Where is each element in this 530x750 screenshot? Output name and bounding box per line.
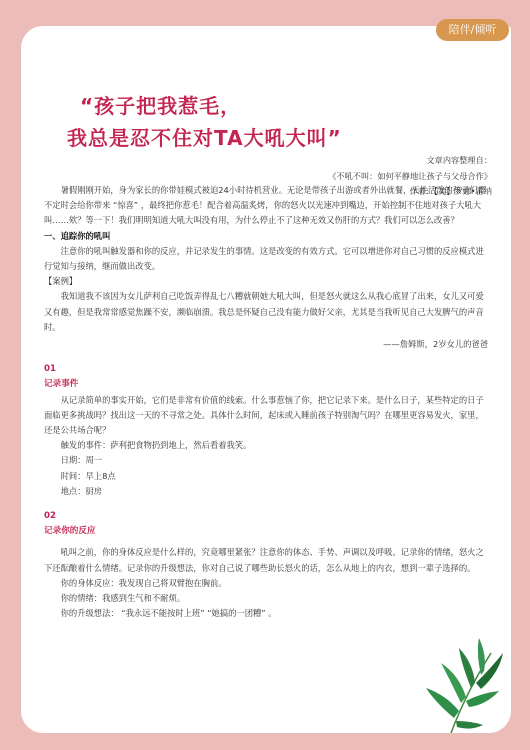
source-book: 《不吼不叫：如何平静地让孩子与父母合作》 [328,169,492,185]
part-number-01: 01 [44,362,488,377]
part-paragraph-02: 吼叫之前，你的身体反应是什么样的，究竟哪里紧张？注意你的体态、手势、声调以及呼吸… [44,545,488,575]
case-label: 【案例】 [44,274,488,289]
part-heading-02: 记录你的反应 [44,524,488,539]
list-item: 你的身体反应：我发现自己将双臂抱在胸前。 [44,576,488,591]
list-item: 时间：早上8点 [44,469,488,484]
list-item: 日期：周一 [44,453,488,468]
list-item: 触发的事件：萨利把食物扔到地上，然后看着我笑。 [44,438,488,453]
title-line-1: “孩子把我惹毛， [67,90,342,122]
part-paragraph-01: 从记录简单的事实开始，它们是非常有价值的线索。什么事惹恼了你，把它记录下来。是什… [44,393,488,439]
case-paragraph: 我知道我不该因为女儿萨利自己吃饭弄得乱七八糟就朝她大吼大叫，但是怒火就这么从我心… [44,289,488,335]
intro-paragraph: 暑假刚刚开始，身为家长的你带娃模式被迫24小时待机营业。无论是带孩子出游或者外出… [44,183,488,229]
case-attribution: ——詹姆斯，2岁女儿的爸爸 [44,337,488,352]
article-title: “孩子把我惹毛， 我总是忍不住对TA大吼大叫” [67,90,342,154]
article-card: “孩子把我惹毛， 我总是忍不住对TA大吼大叫” 文章内容整理自： 《不吼不叫：如… [21,26,511,733]
section-heading: 一、追踪你的吼叫 [44,229,488,244]
part-heading-01: 记录事件 [44,377,488,392]
title-line-2: 我总是忍不住对TA大吼大叫” [67,122,342,154]
leaf-decoration-icon [421,613,511,733]
list-item: 你的情绪：我感到生气和不耐烦。 [44,591,488,606]
source-label: 文章内容整理自： [328,153,492,169]
category-tag: 陪伴/倾听 [436,19,509,41]
section-paragraph: 注意你的吼叫触发器和你的反应，并记录发生的事情。这是改变的有效方式。它可以增进你… [44,244,488,274]
article-body: 暑假刚刚开始，身为家长的你带娃模式被迫24小时待机营业。无论是带孩子出游或者外出… [44,183,488,621]
list-item: 地点：厨房 [44,484,488,499]
part-number-02: 02 [44,509,488,524]
